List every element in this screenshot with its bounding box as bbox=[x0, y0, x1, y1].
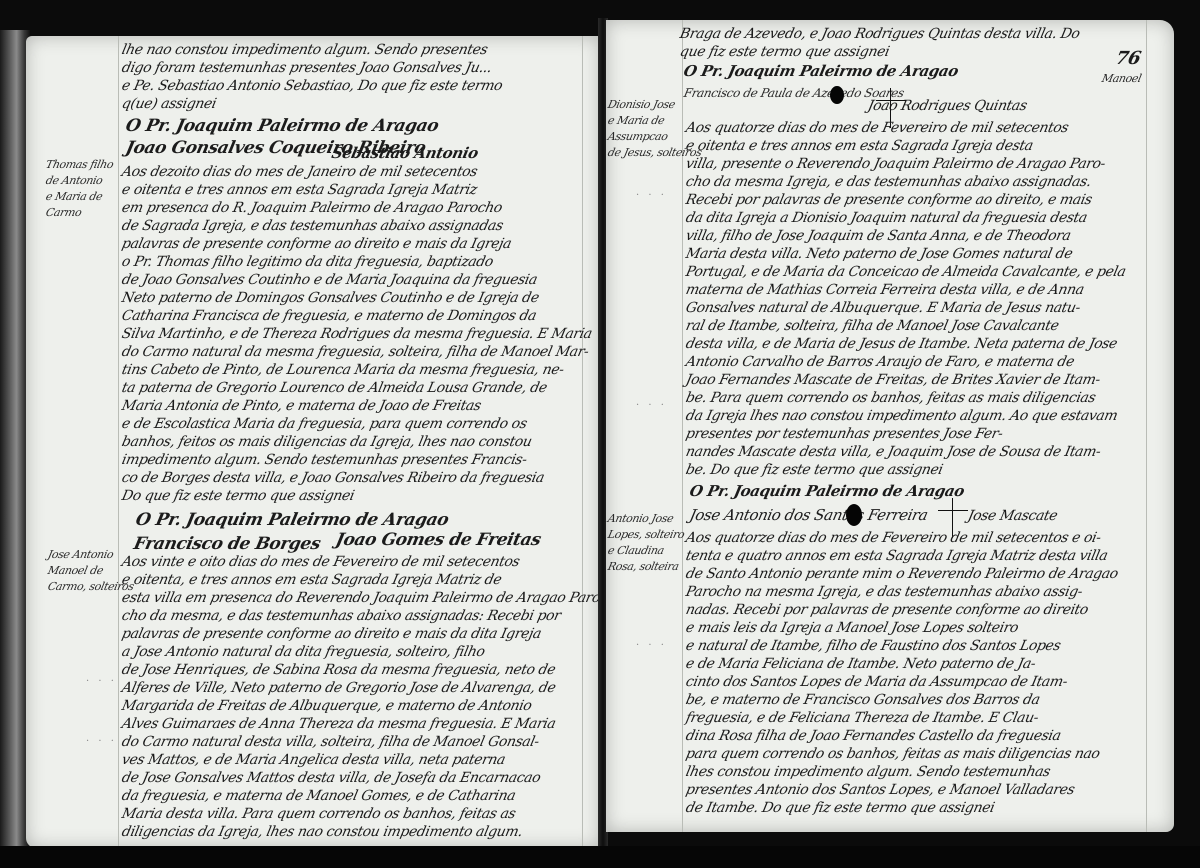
text-line: Recebi por palavras de presente conforme… bbox=[684, 192, 1093, 208]
text-line: co de Borges desta villa, e Joao Gonsalv… bbox=[120, 470, 545, 486]
text-line: villa, presente o Reverendo Joaquim Pale… bbox=[684, 156, 1106, 172]
scan-bottom-edge bbox=[0, 846, 1200, 868]
margin-note: Manoel de bbox=[47, 564, 105, 577]
text-line: Aos quatorze dias do mes de Fevereiro de… bbox=[684, 530, 1102, 546]
text-line: be. Do que fiz este termo que assignei bbox=[684, 462, 944, 478]
text-line: Maria desta villa. Para quem correndo os… bbox=[120, 806, 517, 822]
text-line: em presenca do R. Joaquim Paleirmo de Ar… bbox=[120, 200, 503, 216]
text-line: be, e materno de Francisco Gonsalves dos… bbox=[684, 692, 1041, 708]
text-line: banhos, feitos os mais diligencias da Ig… bbox=[120, 434, 533, 450]
margin-dots: · · · bbox=[636, 190, 667, 201]
signature: O Pr. Joaquim Paleirmo de Aragao bbox=[688, 482, 966, 500]
margin-note: Rosa, solteira bbox=[607, 560, 680, 573]
text-line: Braga de Azevedo, e Joao Rodrigues Quint… bbox=[678, 26, 1081, 42]
text-line: cho da mesma Igreja, e das testemunhas a… bbox=[684, 174, 1092, 190]
text-line: a Jose Antonio natural da dita freguesia… bbox=[120, 644, 486, 660]
text-line: Maria Antonia de Pinto, e materna de Joa… bbox=[120, 398, 482, 414]
text-line: ral de Itambe, solteira, filha de Manoel… bbox=[684, 318, 1060, 334]
text-line: da dita Igreja a Dionisio Joaquim natura… bbox=[684, 210, 1088, 226]
text-line: do Carmo natural desta villa, solteira, … bbox=[120, 734, 540, 750]
text-line: Aos vinte e oito dias do mes de Fevereir… bbox=[120, 554, 521, 570]
text-line: q(ue) assignei bbox=[120, 96, 217, 112]
signature: Sebastiao Antonio bbox=[330, 144, 480, 162]
text-line: de Sagrada Igreja, e das testemunhas aba… bbox=[120, 218, 504, 234]
text-line: Portugal, e de Maria da Conceicao de Alm… bbox=[684, 264, 1127, 280]
text-line: de Itambe. Do que fiz este termo que ass… bbox=[684, 800, 996, 816]
text-line: Aos dezoito dias do mes de Janeiro de mi… bbox=[120, 164, 478, 180]
text-line: de Jose Gonsalves Mattos desta villa, de… bbox=[120, 770, 542, 786]
margin-note: de Antonio bbox=[45, 174, 104, 187]
text-line: de Santo Antonio perante mim o Reverendo… bbox=[684, 566, 1119, 582]
text-line: be. Para quem correndo os banhos, feitas… bbox=[684, 390, 1097, 406]
margin-rule bbox=[682, 20, 683, 832]
text-line: da Igreja lhes nao constou impedimento a… bbox=[684, 408, 1119, 424]
text-line: Margarida de Freitas de Albuquerque, e m… bbox=[120, 698, 533, 714]
margin-note: Lopes, solteiro bbox=[607, 528, 686, 541]
margin-note: Assumpcao bbox=[607, 130, 669, 143]
margin-note: e Claudina bbox=[607, 544, 666, 557]
margin-note: Jose Antonio bbox=[47, 548, 115, 561]
text-line: de Joao Gonsalves Coutinho e de Maria Jo… bbox=[120, 272, 538, 288]
text-line: de Jose Henriques, de Sabina Rosa da mes… bbox=[120, 662, 556, 678]
text-line: Joao Fernandes Mascate de Freitas, de Br… bbox=[684, 372, 1101, 388]
text-line: ta paterna de Gregorio Lourenco de Almei… bbox=[120, 380, 548, 396]
text-line: e oitenta e tres annos em esta Sagrada I… bbox=[684, 138, 1034, 154]
margin-dots: · · · bbox=[636, 640, 667, 651]
left-page: lhe nao constou impedimento algum. Sendo… bbox=[26, 36, 600, 848]
right-rule bbox=[1146, 20, 1147, 832]
witness-mark: Jose Mascate bbox=[966, 508, 1059, 524]
text-line: Do que fiz este termo que assignei bbox=[120, 488, 355, 504]
text-line: nadas. Recebi por palavras de presente c… bbox=[684, 602, 1089, 618]
text-line: Parocho na mesma Igreja, e das testemunh… bbox=[684, 584, 1083, 600]
text-line: palavras de presente conforme ao direito… bbox=[120, 626, 542, 642]
text-line: que fiz este termo que assignei bbox=[678, 44, 890, 60]
text-line: Maria desta villa. Neto paterno de Jose … bbox=[684, 246, 1074, 262]
folio-annotation: Manoel bbox=[1101, 72, 1143, 85]
margin-note: Antonio Jose bbox=[607, 512, 675, 525]
signature: O Pr. Joaquim Paleirmo de Aragao bbox=[134, 510, 451, 530]
ink-blot bbox=[830, 86, 844, 104]
text-line: e oitenta, e tres annos em esta Sagrada … bbox=[120, 572, 503, 588]
signature: O Pr. Joaquim Paleirmo de Aragao bbox=[124, 116, 441, 136]
text-line: Antonio Carvalho de Barros Araujo de Far… bbox=[684, 354, 1075, 370]
text-line: o Pr. Thomas filho legitimo da dita freg… bbox=[120, 254, 494, 270]
text-line: villa, filho de Jose Joaquim de Santa An… bbox=[684, 228, 1072, 244]
text-line: Silva Martinho, e de Thereza Rodrigues d… bbox=[120, 326, 593, 342]
text-line: da freguesia, e materna de Manoel Gomes,… bbox=[120, 788, 517, 804]
text-line: Neto paterno de Domingos Gonsalves Couti… bbox=[120, 290, 540, 306]
text-line: impedimento algum. Sendo testemunhas pre… bbox=[120, 452, 528, 468]
text-line: tins Cabeto de Pinto, de Lourenca Maria … bbox=[120, 362, 565, 378]
text-line: presentes por testemunhas presentes Jose… bbox=[684, 426, 1004, 442]
margin-note: e Maria de bbox=[607, 114, 666, 127]
text-line: Alves Guimaraes de Anna Thereza da mesma… bbox=[120, 716, 557, 732]
text-line: do Carmo natural da mesma freguesia, sol… bbox=[120, 344, 590, 360]
margin-note: Carmo bbox=[45, 206, 83, 219]
text-line: Alferes de Ville, Neto paterno de Gregor… bbox=[120, 680, 557, 696]
right-rule bbox=[582, 36, 583, 848]
text-line: e de Maria Feliciana de Itambe. Neto pat… bbox=[684, 656, 1037, 672]
margin-note: Thomas filho bbox=[45, 158, 115, 171]
text-line: desta villa, e de Maria de Jesus de Itam… bbox=[684, 336, 1118, 352]
text-line: e mais leis da Igreja a Manoel Jose Lope… bbox=[684, 620, 1019, 636]
folio-number: 76 bbox=[1114, 48, 1143, 69]
text-line: lhes constou impedimento algum. Sendo te… bbox=[684, 764, 1051, 780]
margin-dots: · · · bbox=[86, 736, 117, 747]
margin-note: Dionisio Jose bbox=[607, 98, 677, 111]
ink-blot bbox=[846, 504, 862, 526]
text-line: Gonsalves natural de Albuquerque. E Mari… bbox=[684, 300, 1081, 316]
text-line: cho da mesma, e das testemunhas abaixo a… bbox=[120, 608, 562, 624]
text-line: Aos quatorze dias do mes de Fevereiro de… bbox=[684, 120, 1070, 136]
text-line: esta villa em presenca do Reverendo Joaq… bbox=[120, 590, 600, 606]
signature: Joao Gomes de Freitas bbox=[334, 530, 543, 550]
text-line: palavras de presente conforme ao direito… bbox=[120, 236, 512, 252]
text-line: cinto dos Santos Lopes de Maria da Assum… bbox=[684, 674, 1068, 690]
text-line: e natural de Itambe, filho de Faustino d… bbox=[684, 638, 1062, 654]
text-line: e de Escolastica Maria da freguesia, par… bbox=[120, 416, 528, 432]
text-line: digo foram testemunhas presentes Joao Go… bbox=[120, 60, 493, 76]
entry-heading: Jose Antonio dos Santos Ferreira bbox=[688, 506, 929, 524]
text-line: dina Rosa filha de Joao Fernandes Castel… bbox=[684, 728, 1062, 744]
text-line: materna de Mathias Correia Ferreira dest… bbox=[684, 282, 1085, 298]
text-line: e Pe. Sebastiao Antonio Sebastiao, Do qu… bbox=[120, 78, 504, 94]
text-line: diligencias da Igreja, lhes nao constou … bbox=[120, 824, 524, 840]
text-line: para quem correndo os banhos, feitas as … bbox=[684, 746, 1101, 762]
margin-note: e Maria de bbox=[45, 190, 104, 203]
margin-dots: · · · bbox=[86, 676, 117, 687]
text-line: Catharina Francisca de freguesia, e mate… bbox=[120, 308, 537, 324]
text-line: freguesia, e de Feliciana Thereza de Ita… bbox=[684, 710, 1039, 726]
text-line: lhe nao constou impedimento algum. Sendo… bbox=[120, 42, 489, 58]
text-line: tenta e quatro annos em esta Sagrada Igr… bbox=[684, 548, 1109, 564]
signature: Francisco de Borges bbox=[132, 534, 322, 554]
text-line: presentes Antonio dos Santos Lopes, e Ma… bbox=[684, 782, 1076, 798]
signature: O Pr. Joaquim Paleirmo de Aragao bbox=[682, 62, 960, 80]
text-line: ves Mattos, e de Maria Angelica desta vi… bbox=[120, 752, 506, 768]
right-page: 76 Manoel Braga de Azevedo, e Joao Rodri… bbox=[606, 20, 1174, 832]
text-line: nandes Mascate desta villa, e Joaquim Jo… bbox=[684, 444, 1102, 460]
margin-rule bbox=[118, 36, 119, 848]
text-line: e oitenta e tres annos em esta Sagrada I… bbox=[120, 182, 478, 198]
margin-dots: · · · bbox=[636, 400, 667, 411]
document-spread: lhe nao constou impedimento algum. Sendo… bbox=[0, 0, 1200, 868]
